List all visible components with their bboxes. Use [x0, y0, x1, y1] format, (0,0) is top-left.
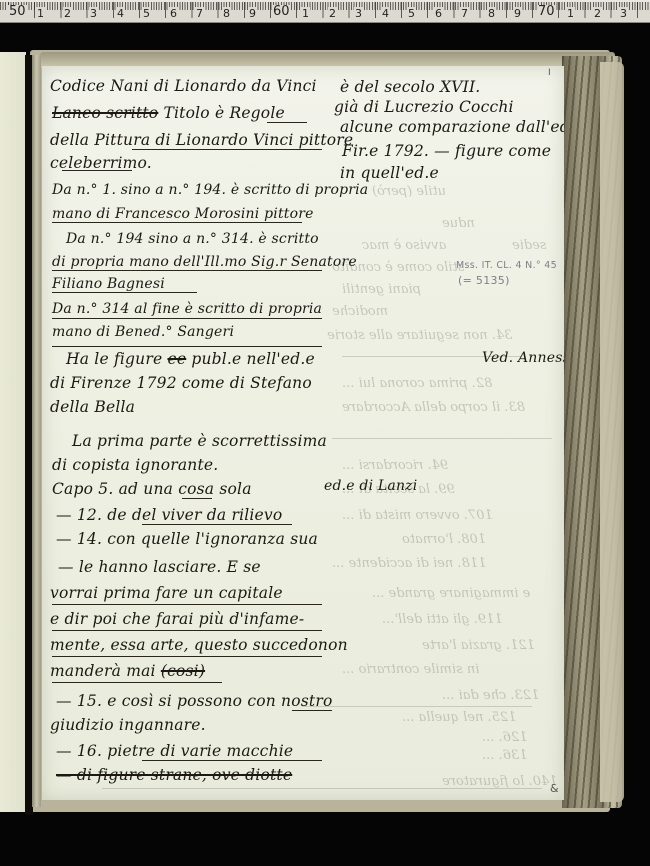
struck-text: (cosi)	[161, 662, 205, 680]
ruler-label: 5	[407, 7, 416, 20]
bleed-through-text: 121. grazia l'arte	[422, 638, 535, 653]
ruler-label: 7	[460, 7, 469, 20]
struck-text: ee	[167, 350, 186, 368]
manuscript-line: di propria mano dell'Ill.mo Sig.r Senato…	[52, 254, 357, 270]
underline	[52, 682, 222, 683]
manuscript-line: Da n.° 1. sino a n.° 194. è scritto di p…	[52, 182, 368, 198]
manuscript-line: Laneo scritto Titolo è Regole	[52, 104, 285, 122]
ruler-label: 1	[566, 7, 575, 20]
bleed-through-text: sedie	[512, 238, 547, 253]
underline	[52, 656, 322, 657]
underline	[52, 346, 322, 347]
bleed-through-text: ndue	[442, 216, 475, 231]
bleed-through-text: in simile contrario ...	[342, 662, 479, 677]
corner-mark: &	[550, 782, 559, 795]
ruler-label: 60	[272, 5, 291, 18]
ruler-label: 7	[195, 7, 204, 20]
underline	[292, 710, 332, 711]
ruler-label: 9	[513, 7, 522, 20]
bleed-through-text: 126. ...	[482, 730, 527, 745]
bleed-through-text: 136. ...	[482, 748, 527, 763]
bleed-through-text: piani gentili	[342, 282, 421, 297]
manuscript-line: Codice Nani di Lionardo da Vinci	[50, 77, 317, 95]
struck-text: — di figure strane, ove diotte	[56, 766, 292, 784]
ruler-label: 5	[142, 7, 151, 20]
bleed-through-text: 107. ovvero mista di ...	[342, 508, 493, 523]
bleed-through-rule	[302, 706, 532, 707]
bleed-through-text: e immaginare grande ...	[372, 586, 530, 601]
underline	[52, 222, 302, 223]
ruler-label: 6	[169, 7, 178, 20]
underline	[142, 760, 322, 761]
bleed-through-text: 108. l'ornato	[402, 532, 486, 547]
manuscript-line: — 12. de del viver da rilievo	[56, 506, 282, 524]
bleed-through-text: 94. ricordarsi ...	[342, 458, 448, 473]
manuscript-line: alcune comparazione dall'ed.e	[340, 118, 564, 136]
manuscript-line: manderà mai (cosi)	[50, 662, 205, 680]
underline	[142, 524, 292, 525]
manuscript-line: di copista ignorante.	[52, 456, 218, 474]
manuscript-line: — 14. con quelle l'ignoranza sua	[56, 530, 318, 548]
bleed-through-text: modiche	[332, 304, 388, 319]
folio-number: I	[548, 68, 551, 78]
manuscript-line: La prima parte è scorrettissima	[72, 432, 327, 450]
manuscript-line: Ved. Annessi:	[482, 350, 564, 366]
ruler-label: 1	[36, 7, 45, 20]
underline	[267, 122, 307, 123]
manuscript-page: utile (però) ndue avviso è mac sedie sti…	[42, 66, 564, 800]
ruler-label: 50	[8, 5, 27, 18]
manuscript-line: già di Lucrezio Cocchi	[334, 98, 514, 116]
underline	[52, 270, 322, 271]
shelfmark-line1: Mss. IT. CL. 4 N.° 45	[456, 260, 557, 271]
bleed-through-text: 118. nei di accidente ...	[332, 556, 486, 571]
manuscript-line: Capo 5. ad una cosa sola	[52, 480, 252, 498]
bleed-through-text: utile (però)	[372, 184, 446, 199]
bleed-through-text: 83. il corpo della Accordare	[342, 400, 525, 415]
manuscript-text: Titolo è Regole	[158, 104, 285, 122]
bleed-through-text: 82. prima corona lui ...	[342, 376, 492, 391]
underline	[52, 630, 322, 631]
underline	[52, 604, 322, 605]
manuscript-line: Ha le figure ee publ.e nell'ed.e	[66, 350, 315, 368]
bleed-through-rule	[332, 438, 552, 439]
facing-page-edge	[0, 52, 26, 812]
bleed-through-text: 119. gli atti dell'...	[382, 612, 503, 627]
underline	[182, 498, 212, 499]
ruler-label: 3	[619, 7, 628, 20]
ruler-label: 70	[537, 5, 556, 18]
manuscript-line: Da n.° 194 sino a n.° 314. è scritto	[66, 231, 319, 247]
ruler-label: 2	[328, 7, 337, 20]
page-stack-edge	[32, 55, 41, 807]
manuscript-line: è del secolo XVII.	[340, 78, 480, 96]
manuscript-line: mano di Bened.° Sangeri	[52, 324, 234, 340]
manuscript-line: della Bella	[50, 398, 135, 416]
ruler-label: 6	[434, 7, 443, 20]
underline	[132, 149, 322, 150]
bleed-through-text: avviso è mac	[362, 238, 446, 253]
ruler-label: 9	[248, 7, 257, 20]
manuscript-line: — le hanno lasciare. E se	[58, 558, 261, 576]
underline	[52, 318, 322, 319]
ruler-label: 2	[63, 7, 72, 20]
cover-right-flap	[600, 62, 624, 802]
ruler-label: 3	[354, 7, 363, 20]
bleed-through-rule	[102, 788, 542, 789]
manuscript-line: Fir.e 1792. — figure come	[342, 142, 551, 160]
struck-text: Laneo scritto	[52, 104, 158, 122]
bleed-through-text: 140. lo figuratore	[442, 774, 557, 789]
manuscript-line: Filiano Bagnesi	[52, 276, 165, 292]
ruler-label: 1	[301, 7, 310, 20]
manuscript-text: publ.e nell'ed.e	[186, 350, 315, 368]
manuscript-line: mano di Francesco Morosini pittore	[52, 206, 314, 222]
manuscript-line: della Pittura di Lionardo Vinci pittore	[50, 131, 353, 149]
manuscript-line: mente, essa arte, questo succedonon	[50, 636, 348, 654]
underline	[62, 170, 132, 171]
manuscript-line: — di figure strane, ove diotte	[56, 766, 292, 784]
manuscript-line: di Firenze 1792 come di Stefano	[50, 374, 312, 392]
ruler-label: 4	[381, 7, 390, 20]
manuscript-text: Ha le figure	[66, 350, 162, 368]
measuring-ruler: 50 1 2 3 4 5 6 7 8 9 60 1 2 3 4 5 6 7 8 …	[0, 0, 650, 23]
manuscript-line: — 15. e così si possono con nostro	[56, 692, 333, 710]
manuscript-line: in quell'ed.e	[340, 164, 439, 182]
manuscript-line: — 16. pietre di varie macchie	[56, 742, 293, 760]
bleed-through-text: 34. non seguitare alle storie	[327, 328, 512, 343]
manuscript-line: ed.e di Lanzi	[324, 478, 417, 494]
manuscript-line: Da n.° 314 al fine è scritto di propria	[52, 301, 322, 317]
manuscript-text: manderà mai	[50, 662, 156, 680]
manuscript-line: giudizio ingannare.	[50, 716, 206, 734]
manuscript-line: vorrai prima fare un capitale	[50, 584, 283, 602]
shelfmark-line2: (= 5135)	[458, 274, 510, 287]
manuscript-line: e dir poi che farai più d'infame-	[50, 610, 304, 628]
ruler-label: 3	[89, 7, 98, 20]
bleed-through-text: 125. nel quella ...	[402, 710, 516, 725]
ruler-label: 2	[593, 7, 602, 20]
underline	[52, 292, 197, 293]
ruler-label: 4	[116, 7, 125, 20]
ruler-label: 8	[222, 7, 231, 20]
bleed-through-text: 123. che dai ...	[442, 688, 539, 703]
ruler-label: 8	[487, 7, 496, 20]
